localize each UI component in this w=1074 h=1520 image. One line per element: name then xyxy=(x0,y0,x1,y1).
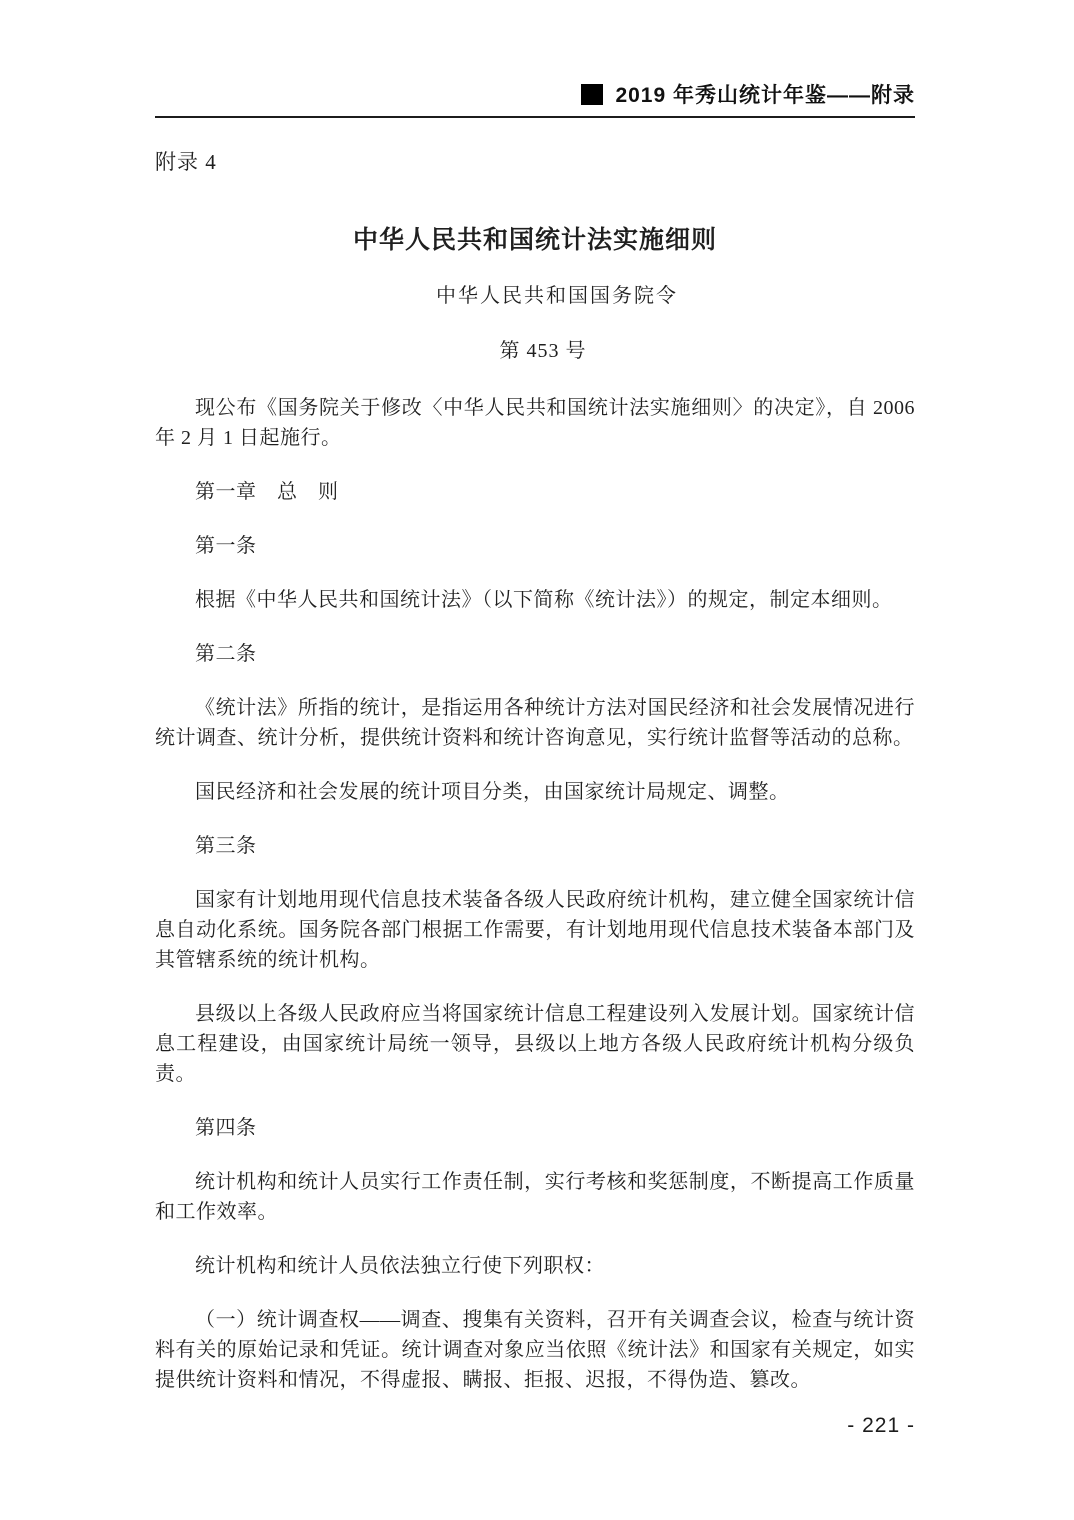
paragraph: 统计机构和统计人员实行工作责任制，实行考核和奖惩制度，不断提高工作质量和工作效率… xyxy=(155,1167,915,1227)
paragraph: 统计机构和统计人员依法独立行使下列职权： xyxy=(155,1251,915,1281)
paragraph: 第三条 xyxy=(155,831,915,861)
paragraph: 根据《中华人民共和国统计法》（以下简称《统计法》）的规定，制定本细则。 xyxy=(155,585,915,615)
appendix-label: 附录 4 xyxy=(155,146,915,176)
document-title: 中华人民共和国统计法实施细则 xyxy=(155,220,915,256)
paragraph: 县级以上各级人民政府应当将国家统计信息工程建设列入发展计划。国家统计信息工程建设… xyxy=(155,999,915,1089)
document-body: 现公布《国务院关于修改〈中华人民共和国统计法实施细则〉的决定》，自 2006 年… xyxy=(155,393,915,1395)
paragraph: 第一章 总 则 xyxy=(155,477,915,507)
page-number: - 221 - xyxy=(847,1414,915,1438)
document-page: 2019 年秀山统计年鉴——附录 附录 4 中华人民共和国统计法实施细则 中华人… xyxy=(0,0,1074,1520)
black-square-icon xyxy=(581,84,603,105)
paragraph: 国家有计划地用现代信息技术装备各级人民政府统计机构，建立健全国家统计信息自动化系… xyxy=(155,885,915,975)
paragraph: 第二条 xyxy=(155,639,915,669)
paragraph: （一）统计调查权——调查、搜集有关资料，召开有关调查会议，检查与统计资料有关的原… xyxy=(155,1305,915,1395)
paragraph: 第四条 xyxy=(155,1113,915,1143)
paragraph: 国民经济和社会发展的统计项目分类，由国家统计局规定、调整。 xyxy=(155,777,915,807)
paragraph: 第一条 xyxy=(155,531,915,561)
paragraph: 现公布《国务院关于修改〈中华人民共和国统计法实施细则〉的决定》，自 2006 年… xyxy=(155,393,915,453)
paragraph: 《统计法》所指的统计，是指运用各种统计方法对国民经济和社会发展情况进行统计调查、… xyxy=(155,693,915,753)
decree-number: 第 453 号 xyxy=(163,334,923,363)
page-header: 2019 年秀山统计年鉴——附录 xyxy=(155,0,915,118)
document-subtitle: 中华人民共和国国务院令 xyxy=(177,279,937,308)
header-title: 2019 年秀山统计年鉴——附录 xyxy=(615,84,915,107)
